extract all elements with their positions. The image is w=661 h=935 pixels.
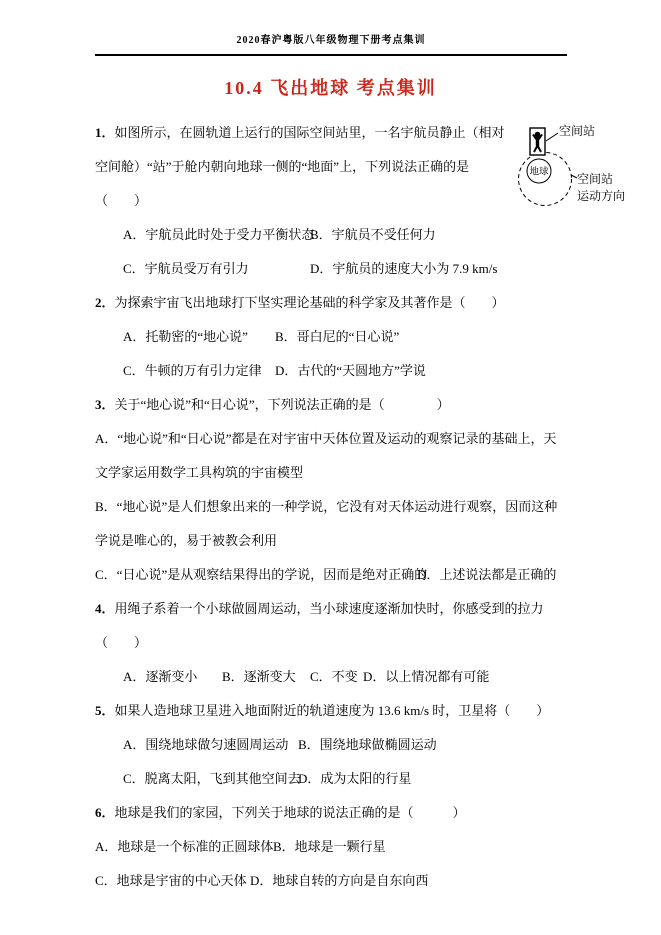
option-row: A．围绕地球做匀速圆周运动 B．围绕地球做椭圆运动	[95, 728, 567, 762]
question-1: 地球 空间站 空间站 运动方向	[95, 116, 567, 286]
option-c: C．地球是宇宙的中心天体	[95, 864, 250, 898]
option-a: A．地球是一个标准的正圆球体	[95, 830, 273, 864]
option-row: C．宇航员受万有引力 D．宇航员的速度大小为 7.9 km/s	[95, 252, 567, 286]
option-b: B．哥白尼的“日心说”	[275, 320, 399, 354]
question-2: 2．为探索宇宙飞出地球打下坚实理论基础的科学家及其著作是（ ） A．托勒密的“地…	[95, 286, 567, 388]
option-c: C．不变	[310, 660, 363, 694]
question-stem-text: 关于“地心说”和“日心说”，下列说法正确的是（ ）	[115, 397, 450, 412]
option-c: C．宇航员受万有引力	[123, 252, 310, 286]
question-stem: 6．地球是我们的家园，下列关于地球的说法正确的是（ ）	[95, 796, 567, 830]
option-d: D．地球自转的方向是自东向西	[250, 864, 428, 898]
station-leader-line	[546, 133, 558, 141]
page-title: 10.4 飞出地球 考点集训	[0, 74, 661, 100]
earth-label: 地球	[529, 166, 549, 178]
header-text: 2020春沪粤版八年级物理下册考点集训	[237, 35, 426, 46]
orbit-diagram: 地球 空间站 空间站 运动方向	[513, 120, 625, 216]
question-stem: 4．用绳子系着一个小球做圆周运动，当小球速度逐渐加快时，你感受到的拉力（ ）	[95, 592, 567, 660]
question-number: 1．	[95, 125, 115, 140]
option-d: D．古代的“天圆地方”学说	[275, 354, 426, 388]
option-b: B．逐渐变大	[222, 660, 310, 694]
option-row: C．“日心说”是从观察结果得出的学说，因而是绝对正确的 D．上述说法都是正确的	[95, 558, 567, 592]
station-label: 空间站	[559, 123, 595, 138]
question-number: 5．	[95, 703, 115, 718]
question-number: 2．	[95, 295, 115, 310]
direction-label-line1: 空间站	[577, 171, 613, 186]
option-row: A．宇航员此时处于受力平衡状态 B．宇航员不受任何力	[95, 218, 567, 252]
option-d: D．以上情况都有可能	[363, 660, 489, 694]
option-a: A．托勒密的“地心说”	[123, 320, 275, 354]
option-b: B．围绕地球做椭圆运动	[298, 728, 437, 762]
option-a: A．围绕地球做匀速圆周运动	[123, 728, 298, 762]
option-row: C．地球是宇宙的中心天体 D．地球自转的方向是自东向西	[95, 864, 567, 898]
option-d: D．成为太阳的行星	[298, 762, 411, 796]
option-a: A．逐渐变小	[123, 660, 222, 694]
option-b: B．地球是一颗行星	[273, 830, 386, 864]
option-c: C．脱离太阳，飞到其他空间去	[123, 762, 298, 796]
question-stem: 1．如图所示，在圆轨道上运行的国际空间站里，一名宇航员静止（相对空间舱）“站”于…	[95, 116, 567, 218]
question-stem-text: 地球是我们的家园，下列关于地球的说法正确的是（ ）	[115, 805, 466, 820]
question-4: 4．用绳子系着一个小球做圆周运动，当小球速度逐渐加快时，你感受到的拉力（ ） A…	[95, 592, 567, 694]
question-number: 6．	[95, 805, 115, 820]
question-number: 3．	[95, 397, 115, 412]
option-b: B．“地心说”是人们想象出来的一种学说，它没有对天体运动进行观察，因而这种学说是…	[95, 490, 567, 558]
document-header: 2020春沪粤版八年级物理下册考点集训	[95, 34, 567, 48]
option-row: C．牛顿的万有引力定律 D．古代的“天圆地方”学说	[95, 354, 567, 388]
header-rule	[95, 54, 567, 56]
question-stem: 2．为探索宇宙飞出地球打下坚实理论基础的科学家及其著作是（ ）	[95, 286, 567, 320]
option-b: B．宇航员不受任何力	[310, 218, 436, 252]
question-number: 4．	[95, 601, 115, 616]
question-stem: 5．如果人造地球卫星进入地面附近的轨道速度为 13.6 km/s 时，卫星将（ …	[95, 694, 567, 728]
option-row: A．地球是一个标准的正圆球体 B．地球是一颗行星	[95, 830, 567, 864]
question-stem-text: 用绳子系着一个小球做圆周运动，当小球速度逐渐加快时，你感受到的拉力（ ）	[95, 601, 544, 650]
option-a: A．“地心说”和“日心说”都是在对宇宙中天体位置及运动的观察记录的基础上，天文学…	[95, 422, 567, 490]
document-content: 地球 空间站 空间站 运动方向	[95, 116, 567, 898]
option-d: D．上述说法都是正确的	[417, 558, 556, 592]
document-page: 2020春沪粤版八年级物理下册考点集训 10.4 飞出地球 考点集训 地球	[0, 0, 661, 935]
option-row: A．托勒密的“地心说” B．哥白尼的“日心说”	[95, 320, 567, 354]
question-3: 3．关于“地心说”和“日心说”，下列说法正确的是（ ） A．“地心说”和“日心说…	[95, 388, 567, 592]
question-stem-text: 如果人造地球卫星进入地面附近的轨道速度为 13.6 km/s 时，卫星将（ ）	[115, 703, 550, 718]
option-c: C．“日心说”是从观察结果得出的学说，因而是绝对正确的	[95, 558, 417, 592]
direction-label-line2: 运动方向	[577, 188, 625, 203]
option-c: C．牛顿的万有引力定律	[123, 354, 275, 388]
question-stem: 3．关于“地心说”和“日心说”，下列说法正确的是（ ）	[95, 388, 567, 422]
question-stem-text: 如图所示，在圆轨道上运行的国际空间站里，一名宇航员静止（相对空间舱）“站”于舱内…	[95, 125, 505, 208]
question-6: 6．地球是我们的家园，下列关于地球的说法正确的是（ ） A．地球是一个标准的正圆…	[95, 796, 567, 898]
option-row: A．逐渐变小 B．逐渐变大 C．不变 D．以上情况都有可能	[95, 660, 567, 694]
option-row: C．脱离太阳，飞到其他空间去 D．成为太阳的行星	[95, 762, 567, 796]
question-stem-text: 为探索宇宙飞出地球打下坚实理论基础的科学家及其著作是（ ）	[115, 295, 505, 310]
question-5: 5．如果人造地球卫星进入地面附近的轨道速度为 13.6 km/s 时，卫星将（ …	[95, 694, 567, 796]
option-d: D．宇航员的速度大小为 7.9 km/s	[310, 252, 497, 286]
option-a: A．宇航员此时处于受力平衡状态	[123, 218, 310, 252]
